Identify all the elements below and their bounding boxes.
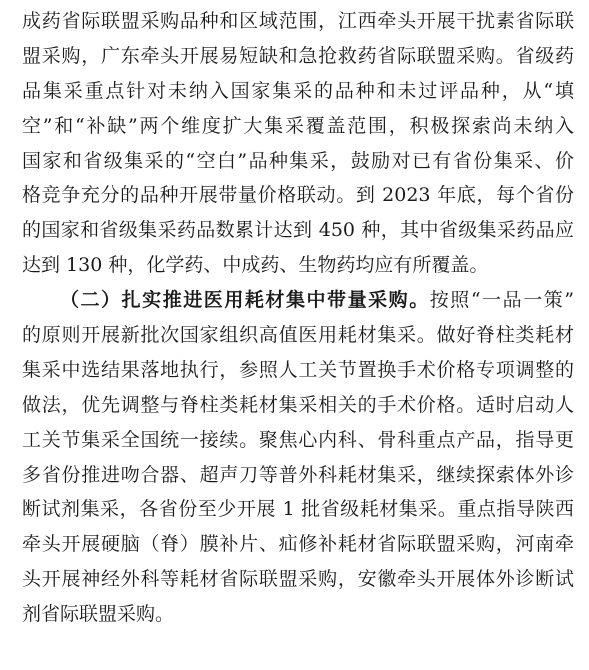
paragraph-drug-procurement: 成药省际联盟采购品种和区域范围，江西牵头开展干扰素省际联 盟采购，广东牵头开展易… bbox=[22, 4, 574, 283]
heading-line: （二）扎实推进医用耗材集中带量采购。按照“一品一策” bbox=[22, 283, 574, 318]
text-line: 的国家和省级集采药品数累计达到 450 种，其中省级集采药品应 bbox=[22, 213, 574, 248]
text-line: 国家和省级集采的“空白”品种集采，鼓励对已有省份集采、价 bbox=[22, 144, 574, 179]
text-line: 做法，优先调整与脊柱类耗材集采相关的手术价格。适时启动人 bbox=[22, 388, 574, 423]
paragraph-medical-consumables: （二）扎实推进医用耗材集中带量采购。按照“一品一策” 的原则开展新批次国家组织高… bbox=[22, 283, 574, 632]
text-line: 头开展神经外科等耗材省际联盟采购，安徽牵头开展体外诊断试 bbox=[22, 562, 574, 597]
text-line: 工关节集采全国统一接续。聚焦心内科、骨科重点产品，指导更 bbox=[22, 423, 574, 458]
document-page: 成药省际联盟采购品种和区域范围，江西牵头开展干扰素省际联 盟采购，广东牵头开展易… bbox=[22, 4, 574, 632]
heading-line-rest: 按照“一品一策” bbox=[430, 289, 574, 311]
text-line: 成药省际联盟采购品种和区域范围，江西牵头开展干扰素省际联 bbox=[22, 4, 574, 39]
text-line: 集采中选结果落地执行，参照人工关节置换手术价格专项调整的 bbox=[22, 353, 574, 388]
text-line: 牵头开展硬脑（脊）膜补片、疝修补耗材省际联盟采购，河南牵 bbox=[22, 527, 574, 562]
section-heading: （二）扎实推进医用耗材集中带量采购。 bbox=[60, 289, 430, 311]
text-line: 断试剂集采，各省份至少开展 1 批省级耗材集采。重点指导陕西 bbox=[22, 492, 574, 527]
text-line: 盟采购，广东牵头开展易短缺和急抢救药省际联盟采购。省级药 bbox=[22, 39, 574, 74]
text-line: 多省份推进吻合器、超声刀等普外科耗材集采，继续探索体外诊 bbox=[22, 458, 574, 493]
text-line: 的原则开展新批次国家组织高值医用耗材集采。做好脊柱类耗材 bbox=[22, 318, 574, 353]
text-line: 达到 130 种，化学药、中成药、生物药均应有所覆盖。 bbox=[22, 248, 574, 283]
text-line: 剂省际联盟采购。 bbox=[22, 597, 574, 632]
text-line: 格竞争充分的品种开展带量价格联动。到 2023 年底，每个省份 bbox=[22, 178, 574, 213]
text-line: 品集采重点针对未纳入国家集采的品种和未过评品种，从“填 bbox=[22, 74, 574, 109]
text-line: 空”和“补缺”两个维度扩大集采覆盖范围，积极探索尚未纳入 bbox=[22, 109, 574, 144]
